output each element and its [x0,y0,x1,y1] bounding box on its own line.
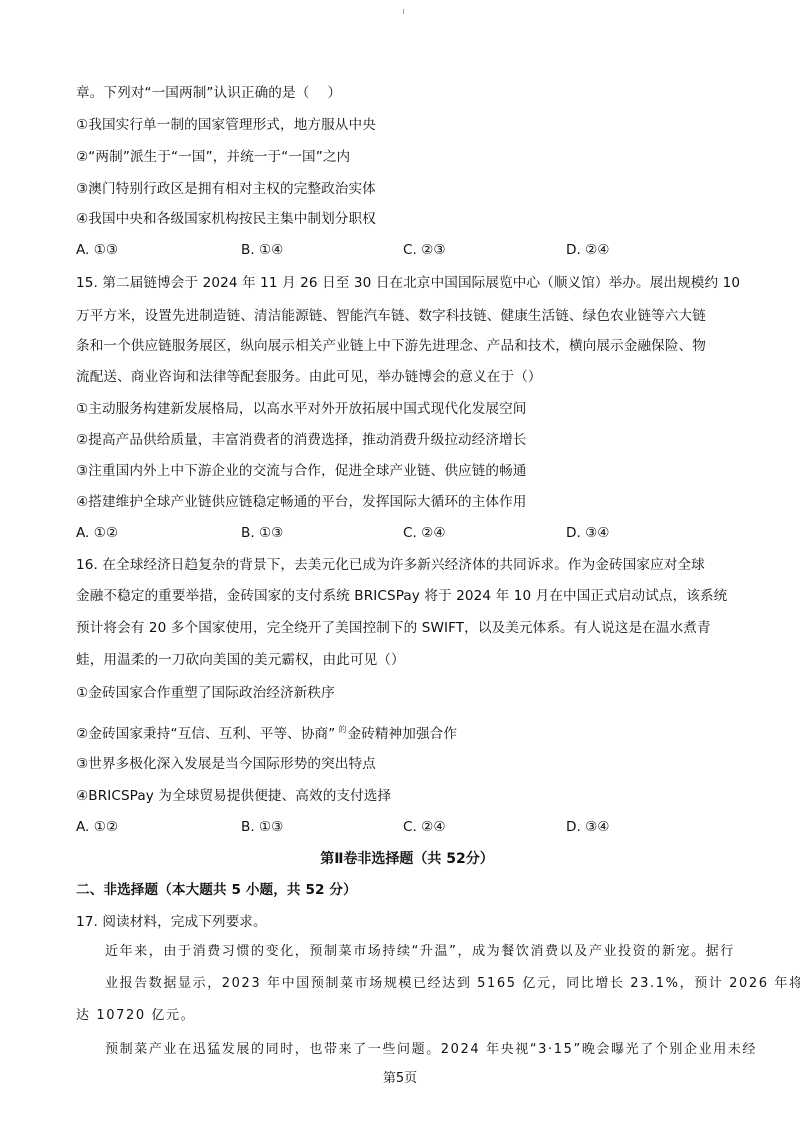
q15-option-b[interactable]: B. ①③ [241,524,283,542]
q15-statement-4: ④搭建维护全球产业链供应链稳定畅通的平台，发挥国际大循环的主体作用 [76,493,526,511]
q15-stem-line-2: 万平方米，设置先进制造链、清洁能源链、智能汽车链、数字科技链、健康生活链、绿色农… [76,307,706,325]
q17-material-line-4: 预制菜产业在迅猛发展的同时，也带来了一些问题。2024 年央视“3·15”晚会曝… [105,1041,757,1059]
q16-stem-line-3: 预计将会有 20 多个国家使用，完全绕开了美国控制下的 SWIFT，以及美元体系… [76,619,711,637]
q16-stem-line-1: 16. 在全球经济日趋复杂的背景下，去美元化已成为许多新兴经济体的共同诉求。作为… [76,556,705,574]
q17-material-line-2: 业报告数据显示，2023 年中国预制菜市场规模已经达到 5165 亿元，同比增长… [105,975,800,993]
q17-material-line-1: 近年来，由于消费习惯的变化，预制菜市场持续“升温”，成为餐饮消费以及产业投资的新… [105,943,735,961]
q15-option-c[interactable]: C. ②④ [403,524,446,542]
q14-statement-2: ②“两制”派生于“一国”，并统一于“一国”之内 [76,148,350,166]
q16-options: A. ①② B. ①③ C. ②④ D. ③④ [76,818,716,836]
q14-statement-4: ④我国中央和各级国家机构按民主集中制划分职权 [76,210,376,228]
q14-option-d[interactable]: D. ②④ [566,241,609,259]
q16-option-a[interactable]: A. ①② [76,818,118,836]
q17-stem: 17. 阅读材料，完成下列要求。 [76,913,267,931]
q16-statement-3: ③世界多极化深入发展是当今国际形势的突出特点 [76,755,376,773]
section-2-title: 第Ⅱ卷非选择题（共 52分） [0,850,800,868]
q15-statement-1: ①主动服务构建新发展格局，以高水平对外开放拓展中国式现代化发展空间 [76,400,526,418]
q17-material-line-3: 达 10720 亿元。 [76,1007,195,1025]
q15-option-a[interactable]: A. ①② [76,524,118,542]
q16-statement-2-superscript: 的 [338,725,346,734]
q15-options: A. ①② B. ①③ C. ②④ D. ③④ [76,524,716,542]
q14-statement-1: ①我国实行单一制的国家管理形式，地方服从中央 [76,116,376,134]
page-number: 第5页 [0,1070,800,1088]
q14-statement-3: ③澳门特别行政区是拥有相对主权的完整政治实体 [76,180,376,198]
q15-option-d[interactable]: D. ③④ [566,524,609,542]
q16-option-d[interactable]: D. ③④ [566,818,609,836]
q15-statement-2: ②提高产品供给质量，丰富消费者的消费选择，推动消费升级拉动经济增长 [76,431,526,449]
q16-stem-line-4: 蛙，用温柔的一刀砍向美国的美元霸权，由此可见（） [76,651,405,669]
q16-statement-2-post: 金砖精神加强合作 [347,726,457,742]
q14-stem-tail: 章。下列对“一国两制”认识正确的是（ ） [76,84,341,102]
q16-statement-4: ④BRICSPay 为全球贸易提供便捷、高效的支付选择 [76,787,391,805]
q15-stem-line-1: 15. 第二届链博会于 2024 年 11 月 26 日至 30 日在北京中国国… [76,274,740,292]
section-2-heading: 二、非选择题（本大题共 5 小题，共 52 分） [76,881,357,899]
q16-statement-1: ①金砖国家合作重塑了国际政治经济新秩序 [76,684,335,702]
q14-option-b[interactable]: B. ①④ [241,241,283,259]
q16-option-c[interactable]: C. ②④ [403,818,446,836]
q16-statement-2: ②金砖国家秉持“互信、互利、平等、协商”的金砖精神加强合作 [76,721,457,743]
q15-stem-line-3: 条和一个供应链服务展区，纵向展示相关产业链上中下游先进理念、产品和技术，横向展示… [76,337,706,355]
q16-option-b[interactable]: B. ①③ [241,818,283,836]
q14-options: A. ①③ B. ①④ C. ②③ D. ②④ [76,241,716,259]
page-top-mark [403,9,404,14]
q14-option-a[interactable]: A. ①③ [76,241,118,259]
q14-option-c[interactable]: C. ②③ [403,241,446,259]
q15-stem-line-4: 流配送、商业咨询和法律等配套服务。由此可见，举办链博会的意义在于（） [76,368,542,386]
q16-statement-2-pre: ②金砖国家秉持“互信、互利、平等、协商” [76,726,335,742]
q16-stem-line-2: 金融不稳定的重要举措，金砖国家的支付系统 BRICSPay 将于 2024 年 … [76,587,727,605]
q15-statement-3: ③注重国内外上中下游企业的交流与合作，促进全球产业链、供应链的畅通 [76,462,526,480]
